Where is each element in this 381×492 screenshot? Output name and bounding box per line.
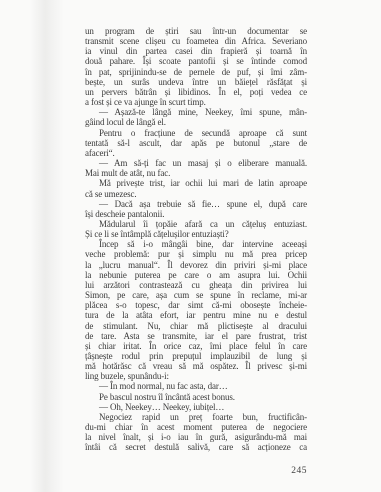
text-line: Mă privește trist, iar ochii lui mari de… (85, 178, 307, 188)
text-line: Încep să i-o mângâi bine, dar intervine … (85, 239, 307, 249)
page-text: un program de știri sau într-un document… (85, 26, 307, 453)
text-line: țâșnește rodul prin prepuțul implauzibil… (85, 351, 307, 361)
text-line: la nivel înalt, și i-o iau în gură, asig… (85, 432, 307, 442)
text-line: Mădularul îi țopăie afară ca un cățeluș … (85, 219, 307, 229)
text-line: afaceri“. (85, 148, 307, 158)
text-line: tentată să-l ascult, dar apăs pe butonul… (85, 138, 307, 148)
text-line: ling buzele, spunându-i: (85, 371, 307, 381)
text-line: transmit scene clișeu cu foametea din Af… (85, 36, 307, 46)
text-line: Și ce li se întâmplă cățelușilor entuzia… (85, 229, 307, 239)
text-line: Simon, pe care, așa cum se spune în recl… (85, 290, 307, 300)
text-line: ia vinul din partea casei din frapieră ș… (85, 46, 307, 56)
text-line: a fost și ce va ajunge în scurt timp. (85, 97, 307, 107)
text-line: întâi că secret destulă salivă, care să … (85, 442, 307, 452)
text-line: Negociez rapid un preț foarte bun, fruct… (85, 412, 307, 422)
text-line: Mai mult de atât, nu fac. (85, 168, 307, 178)
text-line: mă hotărăsc că vreau să mă ospătez. Îl p… (85, 361, 307, 371)
text-line: — În mod normal, nu fac asta, dar… (85, 381, 307, 391)
text-line: Pentru o fracțiune de secundă aproape că… (85, 128, 307, 138)
text-line: du-mi chiar în acest moment puterea de n… (85, 422, 307, 432)
text-line: lui arzători contrastează cu gheața din … (85, 280, 307, 290)
text-line: la nebunie puterea pe care o am asupra l… (85, 270, 307, 280)
text-line: — Oh, Neekey… Neekey, iubițel… (85, 402, 307, 412)
text-line: un pervers bătrân și libidinos. În el, p… (85, 87, 307, 97)
text-line: la „lucru manual“. Îl devorez din privir… (85, 260, 307, 270)
text-line: își descheie pantalonii. (85, 209, 307, 219)
page-gutter-shadow (30, 0, 64, 492)
text-line: — Am să-ți fac un masaj și o eliberare m… (85, 158, 307, 168)
text-line: tura de la atâta efort, iar pentru mine … (85, 310, 307, 320)
text-line: bește, un surâs undeva între un băiețel … (85, 77, 307, 87)
text-line: plăcea s-o topesc, dar simt că-mi oboseș… (85, 300, 307, 310)
book-page: un program de știri sau într-un document… (0, 0, 381, 492)
text-line: veche problemă: pur și simplu nu mă prea… (85, 249, 307, 259)
text-line: în pat, sprijinindu-se de pernele de puf… (85, 67, 307, 77)
text-line: de stimulant. Nu, chiar mă plictisește a… (85, 321, 307, 331)
text-line: două pahare. Își scoate pantofii și se î… (85, 56, 307, 66)
text-line: un program de știri sau într-un document… (85, 26, 307, 36)
text-line: Pe bascul nostru îl încântă acest bonus. (85, 392, 307, 402)
page-number: 245 (85, 466, 307, 476)
text-line: — Dacă așa trebuie să fie… spune el, dup… (85, 199, 307, 209)
text-line: de tare. Asta se transmite, iar el pare … (85, 331, 307, 341)
text-line: că se umezesc. (85, 189, 307, 199)
text-line: — Așază-te lângă mine, Neekey, îmi spune… (85, 107, 307, 117)
text-line: și chiar iritat. În orice caz, îmi place… (85, 341, 307, 351)
text-line: gâind locul de lângă el. (85, 117, 307, 127)
